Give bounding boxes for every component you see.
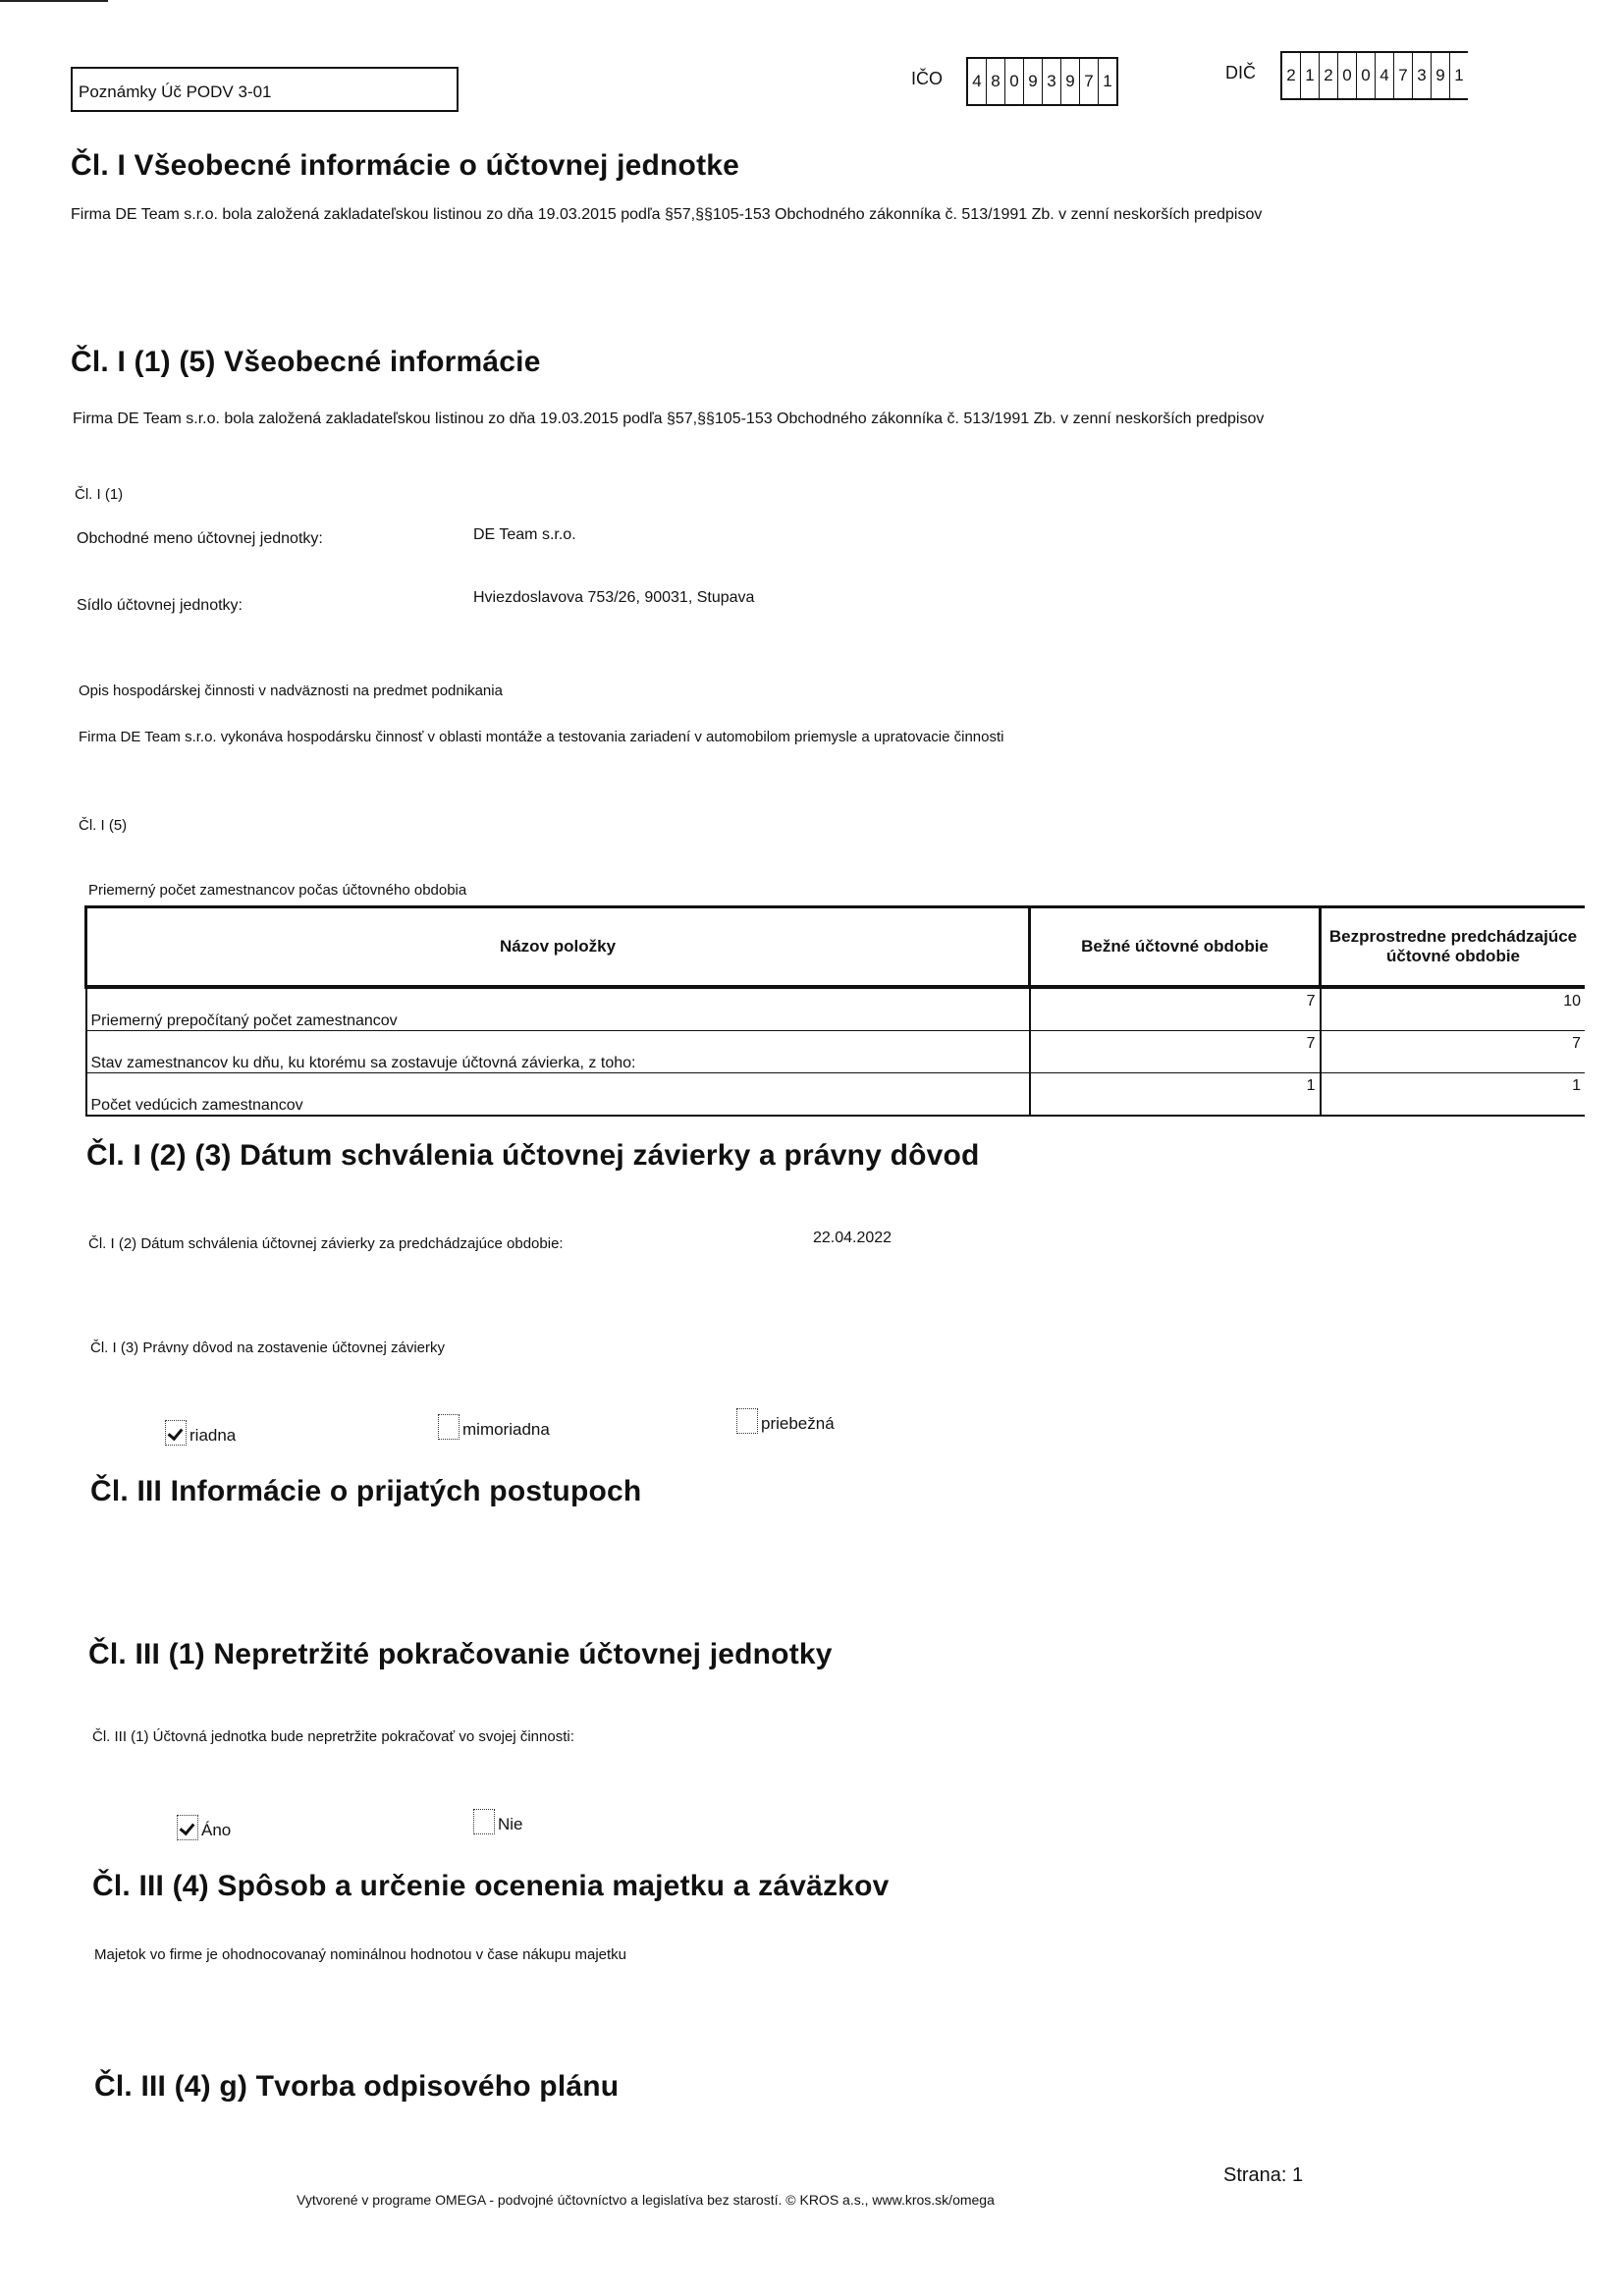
table-row: Priemerný prepočítaný počet zamestnancov… [86, 987, 1586, 1031]
dic-digit: 0 [1338, 53, 1357, 98]
row-previous-value: 7 [1321, 1031, 1586, 1073]
ico-digit-boxes: 48093971 [966, 57, 1118, 106]
footer-credits: Vytvorené v programe OMEGA - podvojné úč… [297, 2192, 995, 2208]
dic-digit: 1 [1301, 53, 1320, 98]
legal-reason-label: Čl. I (3) Právny dôvod na zostavenie účt… [90, 1339, 445, 1356]
checkbox-extraordinary[interactable]: mimoriadna [438, 1414, 550, 1440]
section-title-going-concern: Čl. III (1) Nepretržité pokračovanie účt… [88, 1638, 833, 1671]
row-current-value: 1 [1030, 1073, 1321, 1117]
dic-digit-boxes: 2120047391 [1280, 51, 1468, 100]
checkbox-label: Áno [201, 1821, 231, 1840]
ico-digit: 7 [1080, 59, 1099, 104]
seat-value: Hviezdoslavova 753/26, 90031, Stupava [473, 589, 754, 607]
checkbox-regular[interactable]: riadna [165, 1420, 236, 1446]
row-label: Stav zamestnancov ku dňu, ku ktorému sa … [86, 1031, 1030, 1073]
section-title-general-info: Čl. I Všeobecné informácie o účtovnej je… [71, 149, 739, 183]
form-code-label: Poznámky Úč PODV 3-01 [79, 82, 272, 101]
section-title-depreciation-plan: Čl. III (4) g) Tvorba odpisového plánu [94, 2070, 619, 2104]
ico-digit: 8 [987, 59, 1005, 104]
founding-text: Firma DE Team s.r.o. bola založená zakla… [71, 206, 1262, 224]
checkbox-no[interactable]: Nie [473, 1809, 523, 1834]
row-label: Priemerný prepočítaný počet zamestnancov [86, 987, 1030, 1031]
ico-digit: 4 [968, 59, 987, 104]
row-current-value: 7 [1030, 1031, 1321, 1073]
form-code-box: Poznámky Úč PODV 3-01 [71, 67, 459, 112]
ico-digit: 3 [1043, 59, 1061, 104]
table-header-previous-period: Bezprostredne predchádzajúce účtovné obd… [1321, 907, 1586, 988]
section-title-general-info-1-5: Čl. I (1) (5) Všeobecné informácie [71, 346, 541, 379]
dic-digit: 2 [1282, 53, 1301, 98]
ico-digit: 0 [1005, 59, 1024, 104]
founding-text-2: Firma DE Team s.r.o. bola založená zakla… [73, 410, 1264, 428]
section-title-valuation: Čl. III (4) Spôsob a určenie ocenenia ma… [92, 1870, 889, 1903]
dic-digit: 7 [1394, 53, 1413, 98]
table-row: Stav zamestnancov ku dňu, ku ktorému sa … [86, 1031, 1586, 1073]
going-concern-question: Čl. III (1) Účtovná jednotka bude nepret… [92, 1728, 574, 1745]
section-title-adopted-procedures: Čl. III Informácie o prijatých postupoch [90, 1475, 641, 1508]
row-current-value: 7 [1030, 987, 1321, 1031]
business-name-value: DE Team s.r.o. [473, 526, 576, 544]
checkbox-checked-icon[interactable] [177, 1815, 198, 1840]
row-previous-value: 10 [1321, 987, 1586, 1031]
checkbox-empty-icon[interactable] [473, 1809, 495, 1834]
ico-digit: 1 [1099, 59, 1116, 104]
table-header-item-name: Názov položky [86, 907, 1030, 988]
activity-text: Firma DE Team s.r.o. vykonáva hospodársk… [79, 729, 1003, 745]
dic-digit: 3 [1413, 53, 1432, 98]
checkbox-interim[interactable]: priebežná [736, 1408, 835, 1434]
subsection-label-1: Čl. I (1) [75, 486, 123, 503]
table-header-current-period: Bežné účtovné obdobie [1030, 907, 1321, 988]
ico-label: IČO [911, 69, 943, 89]
row-previous-value: 1 [1321, 1073, 1586, 1117]
subsection-label-5: Čl. I (5) [79, 817, 127, 834]
activity-label: Opis hospodárskej činnosti v nadväznosti… [79, 683, 503, 699]
dic-digit: 0 [1357, 53, 1376, 98]
employee-table-caption: Priemerný počet zamestnancov počas účtov… [88, 882, 466, 899]
business-name-label: Obchodné meno účtovnej jednotky: [77, 530, 323, 548]
approval-date-value: 22.04.2022 [813, 1230, 892, 1247]
checkbox-label: riadna [189, 1426, 236, 1446]
checkbox-empty-icon[interactable] [736, 1408, 758, 1434]
checkbox-empty-icon[interactable] [438, 1414, 460, 1440]
checkbox-yes[interactable]: Áno [177, 1815, 231, 1840]
dic-label: DIČ [1225, 63, 1256, 83]
section-title-approval-date: Čl. I (2) (3) Dátum schválenia účtovnej … [86, 1139, 980, 1173]
checkbox-label: priebežná [761, 1414, 835, 1434]
row-label: Počet vedúcich zamestnancov [86, 1073, 1030, 1117]
scan-edge-line [0, 0, 108, 2]
dic-digit: 1 [1450, 53, 1468, 98]
ico-digit: 9 [1061, 59, 1080, 104]
dic-digit: 9 [1432, 53, 1450, 98]
checkbox-label: mimoriadna [462, 1420, 550, 1440]
ico-digit: 9 [1024, 59, 1043, 104]
page-number: Strana: 1 [1223, 2164, 1303, 2187]
dic-digit: 4 [1376, 53, 1394, 98]
dic-digit: 2 [1320, 53, 1338, 98]
table-row: Počet vedúcich zamestnancov 1 1 [86, 1073, 1586, 1117]
checkbox-label: Nie [498, 1815, 523, 1834]
valuation-text: Majetok vo firme je ohodnocovanaý nominá… [94, 1946, 626, 1963]
checkbox-checked-icon[interactable] [165, 1420, 187, 1446]
approval-date-label: Čl. I (2) Dátum schválenia účtovnej závi… [88, 1235, 564, 1252]
seat-label: Sídlo účtovnej jednotky: [77, 597, 243, 615]
employee-count-table: Názov položky Bežné účtovné obdobie Bezp… [84, 905, 1585, 1117]
